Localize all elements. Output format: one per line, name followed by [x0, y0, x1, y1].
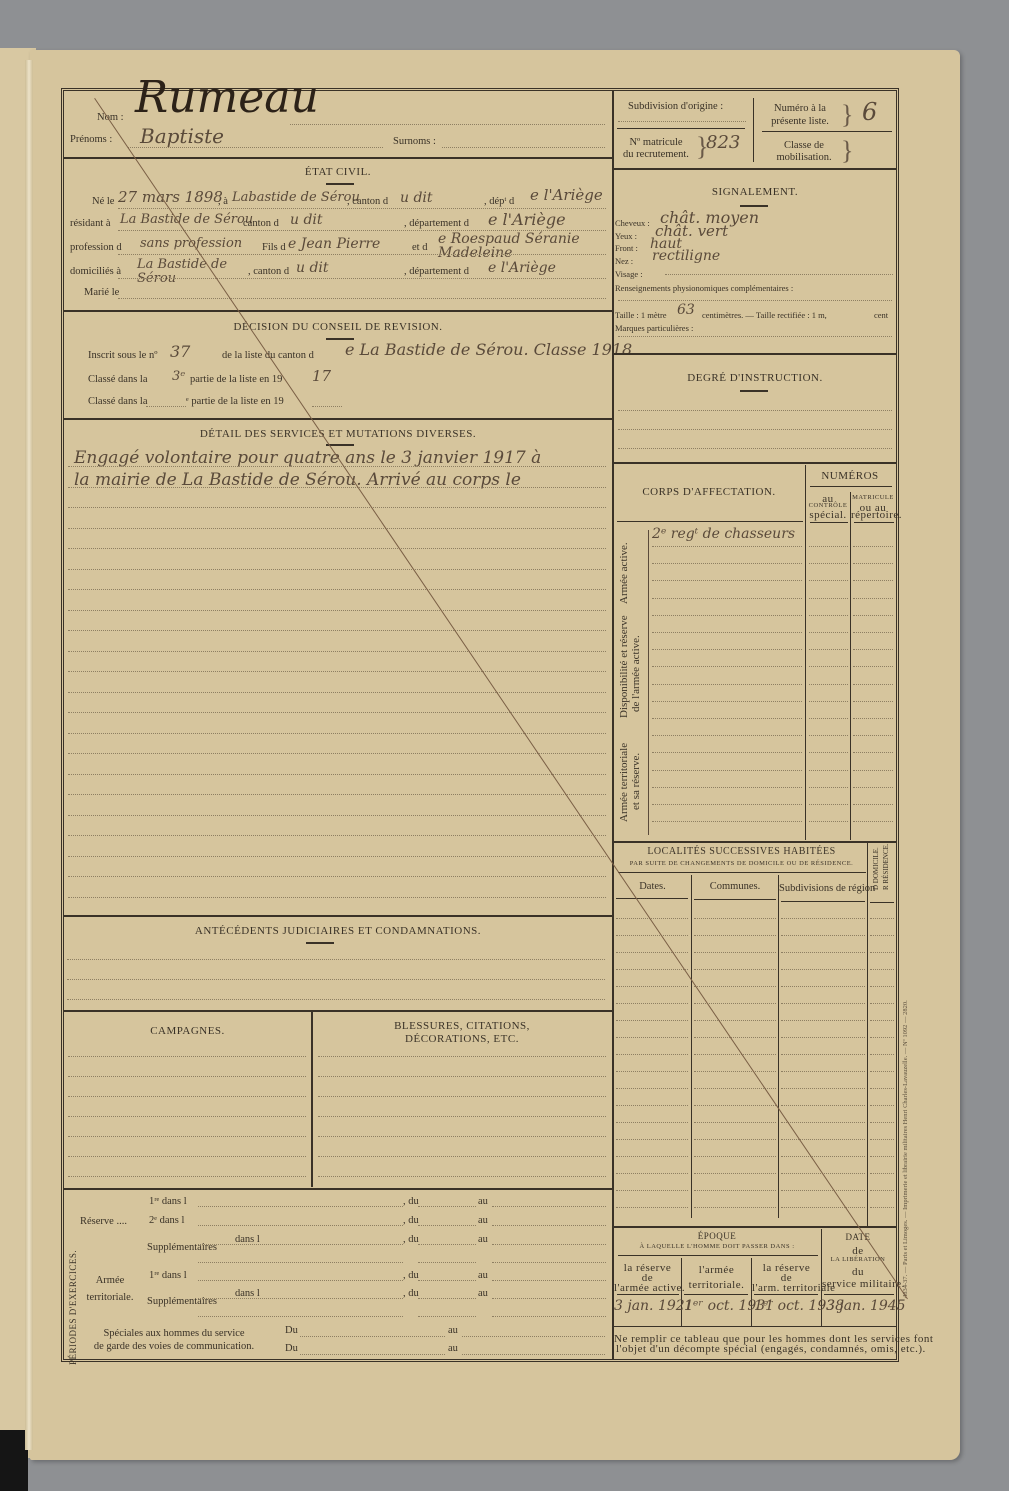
classe2-suffix: ᵉ partie de la liste en 19 — [186, 396, 284, 407]
ruled-line — [618, 429, 892, 430]
ruled-line — [870, 1088, 894, 1089]
instruction-title: DEGRÉ D'INSTRUCTION. — [614, 372, 896, 384]
ruled-line — [68, 876, 606, 877]
du-label: Du — [285, 1325, 298, 1336]
ruled-line — [68, 1096, 306, 1097]
residant-label: résidant à — [70, 218, 111, 229]
taille-label: Taille : 1 mètre — [615, 310, 667, 320]
ruled-line — [618, 336, 892, 337]
ruled-line — [652, 701, 802, 702]
divider — [614, 168, 896, 170]
canton2-value: u dit — [290, 212, 323, 228]
col-controle-2: CONTRÔLE — [806, 502, 850, 509]
ruled-line — [694, 1139, 776, 1140]
title-rule — [740, 390, 768, 392]
date-title-5: service militaire. — [822, 1278, 894, 1290]
ruled-line — [616, 1071, 688, 1072]
ruled-line — [853, 735, 893, 736]
et-value: e Roespaud Séranie Madeleine — [438, 232, 608, 260]
classe1-year: 17 — [312, 367, 331, 385]
ruled-line — [492, 1280, 606, 1281]
classe-label-1: Classe de — [762, 140, 846, 151]
divider — [64, 310, 612, 312]
reserve-label: Réserve .... — [80, 1216, 127, 1227]
header-rule — [854, 522, 894, 523]
ruled-line — [418, 1206, 476, 1207]
ruled-line — [853, 598, 893, 599]
canton2-label: canton d — [243, 218, 279, 229]
brace: } — [841, 136, 853, 166]
header-rule — [684, 1294, 748, 1295]
domicilies-value: La Bastide de Sérou — [137, 258, 247, 286]
ruled-line — [300, 1354, 445, 1355]
ruled-line — [809, 770, 848, 771]
localites-rule — [618, 872, 866, 873]
residant-value: La Bastide de Sérou — [120, 212, 253, 227]
ruled-line — [781, 1139, 865, 1140]
du-label: , du — [403, 1234, 419, 1245]
ruled-line — [618, 300, 892, 301]
ruled-line — [870, 1122, 894, 1123]
ruled-line — [68, 1116, 306, 1117]
ruled-line — [652, 615, 802, 616]
speciales-label-1: Spéciales aux hommes du service — [84, 1328, 264, 1339]
affectation-entry: 2ᵉ regᵗ de chasseurs — [652, 526, 795, 542]
ruled-line — [68, 774, 606, 775]
yeux-label: Yeux : — [615, 231, 637, 241]
ruled-line — [652, 770, 802, 771]
header-rule — [781, 901, 865, 902]
ruled-line — [853, 752, 893, 753]
ruled-line — [809, 821, 848, 822]
ruled-line — [781, 969, 865, 970]
antecedents-title: ANTÉCÉDENTS JUDICIAIRES ET CONDAMNATIONS… — [64, 925, 612, 937]
ruled-line — [853, 718, 893, 719]
ruled-line — [809, 666, 848, 667]
territoriale-label-2: territoriale. — [78, 1292, 142, 1303]
ruled-line — [67, 999, 605, 1000]
side-disponibilite-2: de l'armée active. — [630, 635, 642, 712]
ruled-line — [870, 1020, 894, 1021]
ruled-line — [492, 1225, 606, 1226]
ruled-line — [318, 1076, 606, 1077]
ruled-line — [652, 752, 802, 753]
canton3-label: , canton d — [248, 266, 289, 277]
ruled-line — [809, 684, 848, 685]
ruled-line — [781, 918, 865, 919]
ruled-line — [870, 1173, 894, 1174]
prenoms-value: Baptiste — [140, 124, 224, 148]
book-spine — [0, 1430, 28, 1491]
ruled-line — [616, 1003, 688, 1004]
du-label: , du — [403, 1215, 419, 1226]
col-matricule-3: répertoire. — [851, 509, 895, 521]
canton-value: u dit — [400, 190, 433, 206]
departement2-value: e l'Ariège — [488, 260, 556, 276]
period-row-label: 2ᵉ dans l — [149, 1215, 184, 1226]
ruled-line — [781, 1105, 865, 1106]
ruled-line — [492, 1206, 606, 1207]
header-rule — [617, 521, 803, 522]
ruled-line — [652, 632, 802, 633]
divider — [64, 915, 612, 917]
domicilies-line — [118, 278, 606, 279]
ruled-line — [492, 1244, 606, 1245]
ruled-line — [418, 1244, 476, 1245]
ruled-line — [809, 598, 848, 599]
header-rule — [870, 902, 894, 903]
matricule-label-1: Nº matricule — [614, 137, 698, 148]
services-title: DÉTAIL DES SERVICES ET MUTATIONS DIVERSE… — [64, 428, 612, 440]
numero-label-1: Numéro à la — [758, 103, 842, 114]
ruled-line — [809, 718, 848, 719]
ruled-line — [781, 1071, 865, 1072]
marie-line — [118, 298, 606, 299]
corps-title: CORPS D'AFFECTATION. — [614, 486, 804, 498]
subdivision-label: Subdivision d'origine : — [628, 101, 723, 112]
column-divider — [805, 465, 806, 840]
header-rule — [824, 1294, 894, 1295]
header-rule — [810, 522, 848, 523]
ruled-line — [68, 507, 606, 508]
header-rule — [616, 898, 688, 899]
ruled-line — [781, 1122, 865, 1123]
epoque-val-4: 3 jan. 1945 — [826, 1298, 906, 1314]
matricule-label-2: du recrutement. — [614, 149, 698, 160]
col3-line3: l'arm. territoriale — [752, 1282, 821, 1294]
ruled-line — [67, 979, 605, 980]
ruled-line — [618, 410, 892, 411]
ruled-line — [318, 1096, 606, 1097]
ruled-line — [870, 1071, 894, 1072]
col1-line3: l'armée active. — [614, 1282, 681, 1294]
ruled-line — [68, 651, 606, 652]
date-title-1: DATE — [822, 1232, 894, 1242]
ruled-line — [694, 1122, 776, 1123]
ruled-line — [616, 935, 688, 936]
taille-suffix: centimètres. — Taille rectifiée : 1 m, — [702, 310, 827, 320]
printer-imprint: 4834-37. — Paris et Limoges. — Imprimeri… — [902, 1000, 909, 1298]
side-disponibilite-1: Disponibilité et réserve — [618, 615, 630, 718]
localites-subtitle: PAR SUITE DE CHANGEMENTS DE DOMICILE OU … — [614, 860, 869, 867]
ruled-line — [853, 770, 893, 771]
ruled-line — [198, 1262, 403, 1263]
classe1-value: 3ᵉ — [172, 369, 185, 384]
territoriale-label-1: Armée — [80, 1275, 140, 1286]
divider — [614, 462, 896, 464]
period-row-label: 1ʳᵉ dans l — [149, 1196, 187, 1207]
side-territoriale-2: et sa réserve. — [630, 753, 642, 810]
signalement-title: SIGNALEMENT. — [614, 186, 896, 198]
divider — [64, 1010, 612, 1012]
classe2-year-line — [312, 406, 342, 407]
ruled-line — [694, 1207, 776, 1208]
ruled-line — [694, 1054, 776, 1055]
ruled-line — [68, 528, 606, 529]
ruled-line — [68, 815, 606, 816]
dep-value: e l'Ariège — [530, 186, 603, 204]
ruled-line — [781, 1003, 865, 1004]
ruled-line — [652, 563, 802, 564]
ruled-line — [616, 1156, 688, 1157]
ruled-line — [853, 821, 893, 822]
au-label: au — [478, 1234, 488, 1245]
ruled-line — [616, 1190, 688, 1191]
ruled-line — [300, 1336, 445, 1337]
header-rule — [694, 899, 776, 900]
ruled-line — [870, 935, 894, 936]
ruled-line — [198, 1225, 403, 1226]
header-divider — [762, 131, 892, 132]
ruled-line — [870, 969, 894, 970]
ruled-line — [67, 959, 605, 960]
ruled-line — [781, 1207, 865, 1208]
ruled-line — [616, 952, 688, 953]
inscrit-value: 37 — [170, 342, 190, 361]
subdivision-line — [618, 121, 746, 122]
ruled-line — [318, 1056, 606, 1057]
ruled-line — [652, 787, 802, 788]
ruled-line — [870, 1156, 894, 1157]
canton-label: , canton d — [347, 196, 388, 207]
ruled-line — [616, 1122, 688, 1123]
numeros-title: NUMÉROS — [806, 470, 894, 482]
ruled-line — [68, 610, 606, 611]
ruled-line — [198, 1244, 403, 1245]
ruled-line — [652, 598, 802, 599]
col2-line1: l'armée — [682, 1264, 751, 1276]
col-controle-3: spécial. — [806, 509, 850, 521]
ruled-line — [870, 952, 894, 953]
matricule-value: 823 — [706, 132, 740, 153]
ruled-line — [853, 804, 893, 805]
ruled-line — [853, 649, 893, 650]
divider — [64, 1188, 612, 1190]
classe2-line — [146, 406, 186, 407]
header-divider — [753, 98, 754, 162]
ruled-line — [853, 666, 893, 667]
au-label: au — [478, 1215, 488, 1226]
ruled-line — [694, 935, 776, 936]
ruled-line — [418, 1280, 476, 1281]
fils-value: e Jean Pierre — [288, 236, 380, 252]
ruled-line — [68, 753, 606, 754]
ruled-line — [781, 935, 865, 936]
header-rule — [617, 1294, 679, 1295]
ruled-line — [616, 1207, 688, 1208]
side-territoriale-1: Armée territoriale — [618, 743, 630, 822]
ruled-line — [853, 546, 893, 547]
divider — [64, 418, 612, 420]
epoque-title: ÉPOQUE — [614, 1231, 820, 1241]
ruled-line — [781, 1190, 865, 1191]
ruled-line — [68, 1056, 306, 1057]
column-divider — [867, 843, 868, 1228]
period-row-label: 1ʳᵉ dans l — [149, 1270, 187, 1281]
col2-line2: territoriale. — [682, 1279, 751, 1291]
au-label: au — [448, 1325, 458, 1336]
title-rule — [740, 205, 768, 207]
ruled-line — [198, 1280, 403, 1281]
ruled-line — [694, 1020, 776, 1021]
cheveux-label: Cheveux : — [615, 218, 650, 228]
et-label: et d — [412, 242, 427, 253]
ruled-line — [694, 918, 776, 919]
ruled-line — [68, 630, 606, 631]
nez-value: rectiligne — [652, 248, 720, 264]
profession-value: sans profession — [140, 236, 242, 251]
ruled-line — [853, 632, 893, 633]
divider — [614, 841, 896, 843]
ruled-line — [492, 1298, 606, 1299]
ruled-line — [652, 666, 802, 667]
ruled-line — [68, 487, 606, 488]
ruled-line — [809, 701, 848, 702]
ruled-line — [68, 1136, 306, 1137]
ruled-line — [853, 563, 893, 564]
du-label: , du — [403, 1288, 419, 1299]
speciales-label-2: de garde des voies de communication. — [84, 1341, 264, 1352]
prenoms-label: Prénoms : — [70, 134, 112, 145]
ruled-line — [781, 1054, 865, 1055]
ruled-line — [492, 1262, 606, 1263]
ruled-line — [781, 952, 865, 953]
divider — [614, 1326, 896, 1327]
du-label: , du — [403, 1196, 419, 1207]
ruled-line — [809, 804, 848, 805]
au-label: au — [448, 1343, 458, 1354]
revision-title: DÉCISION DU CONSEIL DE REVISION. — [64, 321, 612, 333]
cent-label: cent — [874, 310, 888, 320]
nez-label: Nez : — [615, 256, 633, 266]
ruled-line — [318, 1156, 606, 1157]
renseignements-label: Renseignements physionomiques complément… — [615, 283, 793, 293]
du-label: , du — [403, 1270, 419, 1281]
ruled-line — [781, 1156, 865, 1157]
ruled-line — [616, 1037, 688, 1038]
ruled-line — [853, 684, 893, 685]
ruled-line — [318, 1176, 606, 1177]
fils-label: Fils d — [262, 242, 286, 253]
column-divider — [850, 492, 851, 840]
visage-label: Visage : — [615, 269, 643, 279]
profession-line — [118, 254, 606, 255]
column-divider — [778, 875, 779, 1218]
ne-le-label: Né le — [92, 196, 114, 207]
ruled-line — [318, 1136, 606, 1137]
title-rule — [326, 183, 354, 185]
epoque-rule — [618, 1255, 818, 1256]
ruled-line — [870, 1054, 894, 1055]
ruled-line — [652, 735, 802, 736]
ruled-line — [809, 632, 848, 633]
ruled-line — [652, 684, 802, 685]
divider — [64, 157, 612, 159]
divider — [614, 1226, 896, 1228]
ruled-line — [652, 580, 802, 581]
nom-value: Rumeau — [135, 72, 319, 123]
ruled-line — [198, 1206, 403, 1207]
side-brace — [648, 530, 649, 835]
header-rule — [754, 1294, 818, 1295]
epoque-val-1: 3 jan. 1921 — [614, 1298, 694, 1314]
ruled-line — [198, 1298, 403, 1299]
main-column-divider — [612, 90, 614, 1360]
ruled-line — [68, 1076, 306, 1077]
ruled-line — [652, 804, 802, 805]
side-armee-active: Armée active. — [618, 542, 630, 604]
epoque-subtitle: À LAQUELLE L'HOMME DOIT PASSER DANS : — [614, 1243, 820, 1250]
ruled-line — [694, 1105, 776, 1106]
ruled-line — [616, 986, 688, 987]
dep-label: , dépᵗ d — [484, 196, 514, 207]
ne-le-value: 27 mars 1898 — [118, 188, 223, 206]
ruled-line — [68, 856, 606, 857]
ruled-line — [870, 1139, 894, 1140]
ruled-line — [809, 580, 848, 581]
ruled-line — [694, 1190, 776, 1191]
title-rule — [306, 942, 334, 944]
taille-value: 63 — [677, 302, 695, 318]
au-label: au — [478, 1288, 488, 1299]
header-divider — [617, 128, 745, 129]
ruled-line — [68, 835, 606, 836]
ruled-line — [616, 969, 688, 970]
a-label: , à — [218, 196, 228, 207]
ruled-line — [809, 735, 848, 736]
ruled-line — [870, 986, 894, 987]
ruled-line — [418, 1298, 476, 1299]
col-dr-2: R RÉSIDENCE. — [882, 843, 890, 890]
ruled-line — [694, 952, 776, 953]
ruled-line — [870, 1105, 894, 1106]
ruled-line — [853, 615, 893, 616]
ruled-line — [68, 897, 606, 898]
ruled-line — [616, 918, 688, 919]
ruled-line — [853, 580, 893, 581]
ruled-line — [781, 1088, 865, 1089]
nom-line — [290, 124, 605, 125]
services-line-1: Engagé volontaire pour quatre ans le 3 j… — [74, 448, 541, 468]
ruled-line — [68, 466, 606, 467]
prenoms-line — [128, 147, 383, 148]
ruled-line — [652, 546, 802, 547]
ruled-line — [418, 1262, 476, 1263]
ruled-line — [781, 1020, 865, 1021]
ne-le-line — [118, 208, 606, 209]
ruled-line — [853, 701, 893, 702]
ruled-line — [781, 1037, 865, 1038]
departement-value: e l'Ariège — [488, 210, 566, 229]
date-title-4: du — [822, 1266, 894, 1278]
a-value: Labastide de Sérou — [232, 190, 360, 205]
ruled-line — [68, 589, 606, 590]
classe-label-2: mobilisation. — [762, 152, 846, 163]
ruled-line — [694, 969, 776, 970]
departement-label: , département d — [404, 218, 469, 229]
ruled-line — [809, 563, 848, 564]
col-subdivisions: Subdivisions de région — [779, 883, 867, 894]
ruled-line — [652, 821, 802, 822]
front-label: Front : — [615, 243, 638, 253]
col-communes: Communes. — [692, 881, 778, 892]
localites-title: LOCALITÉS SUCCESSIVES HABITÉES — [614, 846, 869, 857]
ruled-line — [870, 1037, 894, 1038]
ruled-line — [492, 1316, 606, 1317]
ruled-line — [870, 1003, 894, 1004]
ruled-line — [198, 1316, 403, 1317]
classe1-suffix: partie de la liste en 19 — [190, 374, 282, 385]
